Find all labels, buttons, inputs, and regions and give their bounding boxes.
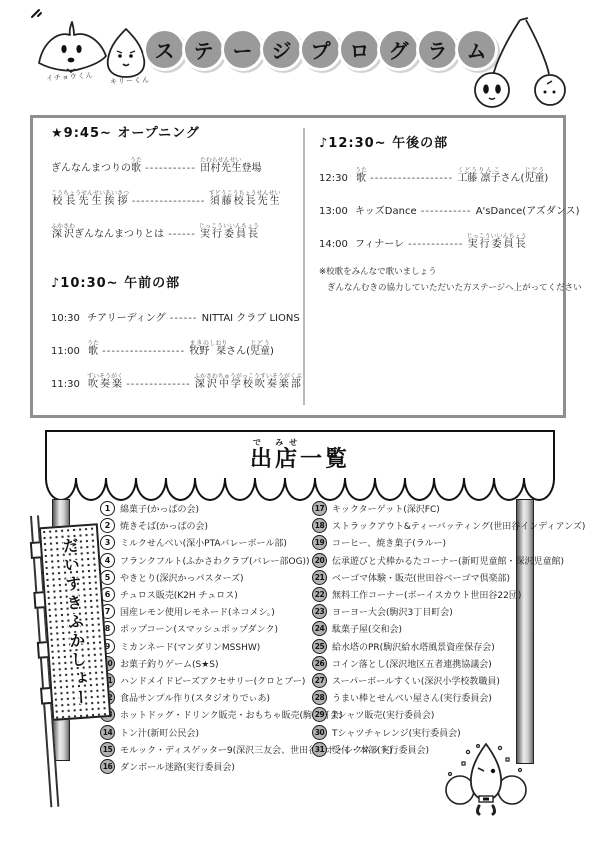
stall-number: 31 — [312, 742, 327, 757]
awning-scallop — [433, 478, 465, 501]
stall-label: フランクフルト(ふかさわクラブ(バレー部OG)) — [120, 554, 310, 567]
stall-label: コーヒー、焼き菓子(ラルー) — [332, 536, 446, 549]
stall-item: 7国産レモン使用レモネード(ネコメシ。) — [100, 603, 315, 620]
title-circle: テ — [182, 28, 225, 71]
dotted-leader: -------------- — [122, 379, 195, 390]
schedule-time: 12:30 — [319, 174, 355, 185]
stall-item: 28うまい棒とせんべい屋さん(実行委員会) — [312, 689, 564, 706]
schedule-time: 10:30 — [51, 314, 87, 325]
stall-item: 23ヨーヨー大会(駒沢3丁目町会) — [312, 603, 564, 620]
schedule-row: 校長先生挨拶こうちょうせんせいあいさつ ---------------- 須藤校… — [51, 174, 299, 207]
stall-number: 20 — [312, 553, 327, 568]
schedule-time: 14:00 — [319, 240, 355, 251]
stall-label: 綿菓子(かっぱの会) — [120, 502, 199, 515]
stall-item: 8ポップコーン(スマッシュポップダンク) — [100, 620, 315, 637]
dotted-leader: ---------------- — [128, 196, 210, 207]
stall-label: 食品サンプル作り(スタジオりでぃあ) — [120, 691, 270, 704]
title-circle: ー — [221, 28, 264, 71]
schedule-section-rows: ぎんなんまつりの歌うた ----------- 田村先生たむらせんせい登場校長先… — [51, 141, 299, 240]
mascot-nut-label: キリーくん — [110, 75, 150, 87]
schedule-row: 12:30歌うた ------------------ 工藤くどう 凛子りんこさ… — [319, 151, 557, 184]
schedule-time: 13:00 — [319, 207, 355, 218]
stall-item: 5やきとり(深沢かっパスターズ) — [100, 569, 315, 586]
title-circle: ジ — [260, 28, 303, 71]
stall-number: 15 — [100, 742, 115, 757]
schedule-row: 13:00キッズDance ----------- A'sDance(アズダンス… — [319, 184, 557, 217]
schedule-column-right: ♪12:30~ 午後の部 12:30歌うた ------------------… — [319, 122, 557, 296]
stall-number: 21 — [312, 570, 327, 585]
stall-label: スーパーボールすくい(深沢小学校教職員) — [332, 674, 500, 687]
stall-item: 25給水塔のPR(駒沢給水塔風景資産保存会) — [312, 638, 564, 655]
awning-scallop — [314, 478, 346, 501]
stall-label: ホットドッグ・ドリンク販売・おもちゃ販売(駒沢町会) — [120, 708, 342, 721]
stall-item: 10お菓子釣りゲーム(S★S) — [100, 655, 315, 672]
stalls-heading: 出店で みせ一覧 — [250, 438, 350, 473]
stall-item: 2焼きそば(かっぱの会) — [100, 517, 315, 534]
stall-label: 伝承遊びと犬棒かるたコーナー(新町児童館・深沢児童館) — [332, 554, 564, 567]
schedule-section-rows: 10:30チアリーディング ------ NITTAI クラブ LIONS11:… — [51, 291, 299, 390]
stall-label: ヨーヨー大会(駒沢3丁目町会) — [332, 605, 453, 618]
stall-label: ミカンネード(マンダリンMSSHW) — [120, 640, 260, 653]
awning-scallop — [194, 478, 226, 501]
schedule-row: 10:30チアリーディング ------ NITTAI クラブ LIONS — [51, 291, 299, 324]
stall-label: ダンボール迷路(実行委員会) — [120, 760, 235, 773]
tent-awning — [45, 478, 555, 501]
stall-label: ポップコーン(スマッシュポップダンク) — [120, 622, 278, 635]
awning-scallop — [105, 478, 137, 501]
tent-signboard: 出店で みせ一覧 — [45, 430, 555, 480]
stall-label: 焼きそば(かっぱの会) — [120, 519, 208, 532]
stall-label: ベーゴマ体験・販売(世田谷ベーゴマ倶楽部) — [332, 571, 510, 584]
stall-number: 1 — [100, 501, 115, 516]
stall-number: 29 — [312, 707, 327, 722]
stall-item: 3ミルクせんべい(深小PTAバレーボール部) — [100, 534, 315, 551]
schedule-row: 11:30吹奏楽すいそうがく -------------- 深沢中学校吹奏楽部ふ… — [51, 357, 299, 390]
stall-number: 24 — [312, 621, 327, 636]
banner-text: だいすきふかしょー — [58, 536, 93, 708]
awning-scallop — [374, 478, 406, 501]
schedule-row: ぎんなんまつりの歌うた ----------- 田村先生たむらせんせい登場 — [51, 141, 299, 174]
stall-item: 18ストラックアウト&ティーバッティング(世田谷インディアンズ) — [312, 517, 564, 534]
title-circle: ロ — [338, 28, 381, 71]
awning-scallop — [45, 478, 77, 501]
schedule-row: 14:00フィナーレ ------------ 実行委員長じっこういいんちょう — [319, 217, 557, 250]
schedule-row: 11:00歌うた ------------------ 牧野まきの 栞しおりさん… — [51, 324, 299, 357]
dotted-leader: ------------------ — [366, 173, 457, 184]
stall-label: コイン落とし(深沢地区五者連携協議会) — [332, 657, 492, 670]
ginkgo-leaf-mascot-icon — [34, 18, 110, 74]
stall-label: 給水塔のPR(駒沢給水塔風景資産保存会) — [332, 640, 495, 653]
stall-label: やきとり(深沢かっパスターズ) — [120, 571, 244, 584]
stall-label: 駄菓子屋(交和会) — [332, 622, 402, 635]
stall-item: 1綿菓子(かっぱの会) — [100, 500, 315, 517]
stall-item: 15モルック・ディスゲッター9(深沢三友会、世田谷スポ・レクネット) — [100, 741, 315, 758]
awning-scallop — [75, 478, 107, 501]
awning-scallop — [224, 478, 256, 501]
stall-label: お菓子釣りゲーム(S★S) — [120, 657, 219, 670]
stall-label: 国産レモン使用レモネード(ネコメシ。) — [120, 605, 275, 618]
schedule-time: 11:30 — [51, 380, 87, 391]
dotted-leader: ------ — [164, 229, 200, 240]
schedule-section-header: ♪10:30~ 午前の部 — [51, 272, 299, 291]
mascot-leaf-label: イチョウくん — [46, 70, 94, 83]
schedule-column-left: ★9:45~ オープニング ぎんなんまつりの歌うた ----------- 田村… — [51, 122, 299, 390]
stall-number: 23 — [312, 604, 327, 619]
dotted-leader: ------ — [166, 313, 202, 324]
stall-label: キックターゲット(深沢FC) — [332, 502, 440, 515]
dotted-leader: ------------------ — [98, 346, 189, 357]
stall-list-left: 1綿菓子(かっぱの会)2焼きそば(かっぱの会)3ミルクせんべい(深小PTAバレー… — [100, 500, 315, 775]
stall-item: 17キックターゲット(深沢FC) — [312, 500, 564, 517]
stall-item: 16ダンボール迷路(実行委員会) — [100, 758, 315, 775]
awning-scallop — [165, 478, 197, 501]
stall-item: 11ハンドメイドビーズアクセサリー(クロとブー) — [100, 672, 315, 689]
schedule-notes: ※校歌をみんなで歌いましょう ぎんなんむきの協力していただいた方ステージへ上がっ… — [319, 264, 557, 296]
schedule-section-rows: 12:30歌うた ------------------ 工藤くどう 凛子りんこさ… — [319, 151, 557, 250]
schedule-note: ぎんなんむきの協力していただいた方ステージへ上がってください — [319, 280, 557, 296]
stall-number: 2 — [100, 518, 115, 533]
stall-number: 22 — [312, 587, 327, 602]
title-circle: ス — [143, 28, 186, 71]
stall-number: 26 — [312, 656, 327, 671]
stall-label: うまい棒とせんべい屋さん(実行委員会) — [332, 691, 492, 704]
stall-number: 17 — [312, 501, 327, 516]
awning-scallop — [254, 478, 286, 501]
dotted-leader: ------------ — [404, 239, 468, 250]
stall-item: 20伝承遊びと犬棒かるたコーナー(新町児童館・深沢児童館) — [312, 552, 564, 569]
schedule-box: ★9:45~ オープニング ぎんなんまつりの歌うた ----------- 田村… — [30, 115, 566, 418]
stall-label: トン汁(新町公民会) — [120, 726, 199, 739]
schedule-time: 11:00 — [51, 347, 87, 358]
stall-list-right: 17キックターゲット(深沢FC)18ストラックアウト&ティーバッティング(世田谷… — [312, 500, 564, 758]
awning-scallop — [404, 478, 436, 501]
stall-label: ハンドメイドビーズアクセサリー(クロとブー) — [120, 674, 305, 687]
stall-item: 13ホットドッグ・ドリンク販売・おもちゃ販売(駒沢町会) — [100, 706, 315, 723]
stall-number: 30 — [312, 725, 327, 740]
stall-item: 6チュロス販売(K2H チュロス) — [100, 586, 315, 603]
stall-label: 受付・本部(実行委員会) — [332, 743, 429, 756]
awning-scallop — [493, 478, 525, 501]
stall-label: Tシャツ販売(実行委員会) — [332, 708, 434, 721]
awning-scallop — [284, 478, 316, 501]
stall-item: 4フランクフルト(ふかさわクラブ(バレー部OG)) — [100, 552, 315, 569]
stall-item: 12食品サンプル作り(スタジオりでぃあ) — [100, 689, 315, 706]
stall-item: 22無料工作コーナー(ボーイスカウト世田谷22団) — [312, 586, 564, 603]
stall-number: 19 — [312, 535, 327, 550]
cherries-icon — [462, 12, 580, 110]
stall-number: 5 — [100, 570, 115, 585]
schedule-divider — [303, 128, 305, 405]
title-circle: グ — [377, 28, 420, 71]
stall-label: ストラックアウト&ティーバッティング(世田谷インディアンズ) — [332, 519, 585, 532]
stall-number: 4 — [100, 553, 115, 568]
stall-label: ミルクせんべい(深小PTAバレーボール部) — [120, 536, 287, 549]
awning-scallop — [344, 478, 376, 501]
stall-item: 27スーパーボールすくい(深沢小学校教職員) — [312, 672, 564, 689]
schedule-row: 深沢ふかさわぎんなんまつりとは ------ 実行委員長じっこういいんちょう — [51, 207, 299, 240]
stall-item: 14トン汁(新町公民会) — [100, 723, 315, 740]
stall-item: 24駄菓子屋(交和会) — [312, 620, 564, 637]
stall-item: 9ミカンネード(マンダリンMSSHW) — [100, 638, 315, 655]
stall-number: 16 — [100, 759, 115, 774]
dotted-leader: ----------- — [141, 163, 200, 174]
awning-scallop — [135, 478, 167, 501]
schedule-section-header: ★9:45~ オープニング — [51, 122, 299, 141]
flyer-page: イチョウくん キリーくん ステージプログラム ★9:45~ オープニング ぎんな… — [0, 0, 595, 842]
stall-number: 3 — [100, 535, 115, 550]
schedule-section-header: ♪12:30~ 午後の部 — [319, 132, 557, 151]
cheer-mascot-icon — [438, 736, 534, 824]
dotted-leader: ----------- — [417, 206, 476, 217]
stall-item: 21ベーゴマ体験・販売(世田谷ベーゴマ倶楽部) — [312, 569, 564, 586]
awning-scallop — [523, 478, 555, 501]
schedule-note: ※校歌をみんなで歌いましょう — [319, 264, 557, 280]
stall-item: 19コーヒー、焼き菓子(ラルー) — [312, 534, 564, 551]
title-circle: ラ — [416, 28, 459, 71]
title-circle: プ — [299, 28, 342, 71]
stall-number: 14 — [100, 725, 115, 740]
page-title: ステージプログラム — [147, 28, 498, 71]
stall-label: チュロス販売(K2H チュロス) — [120, 588, 238, 601]
stall-number: 25 — [312, 639, 327, 654]
awning-scallop — [463, 478, 495, 501]
stall-item: 29Tシャツ販売(実行委員会) — [312, 706, 564, 723]
stall-number: 28 — [312, 690, 327, 705]
stall-item: 26コイン落とし(深沢地区五者連携協議会) — [312, 655, 564, 672]
stall-number: 27 — [312, 673, 327, 688]
stall-number: 18 — [312, 518, 327, 533]
stall-label: 無料工作コーナー(ボーイスカウト世田谷22団) — [332, 588, 521, 601]
